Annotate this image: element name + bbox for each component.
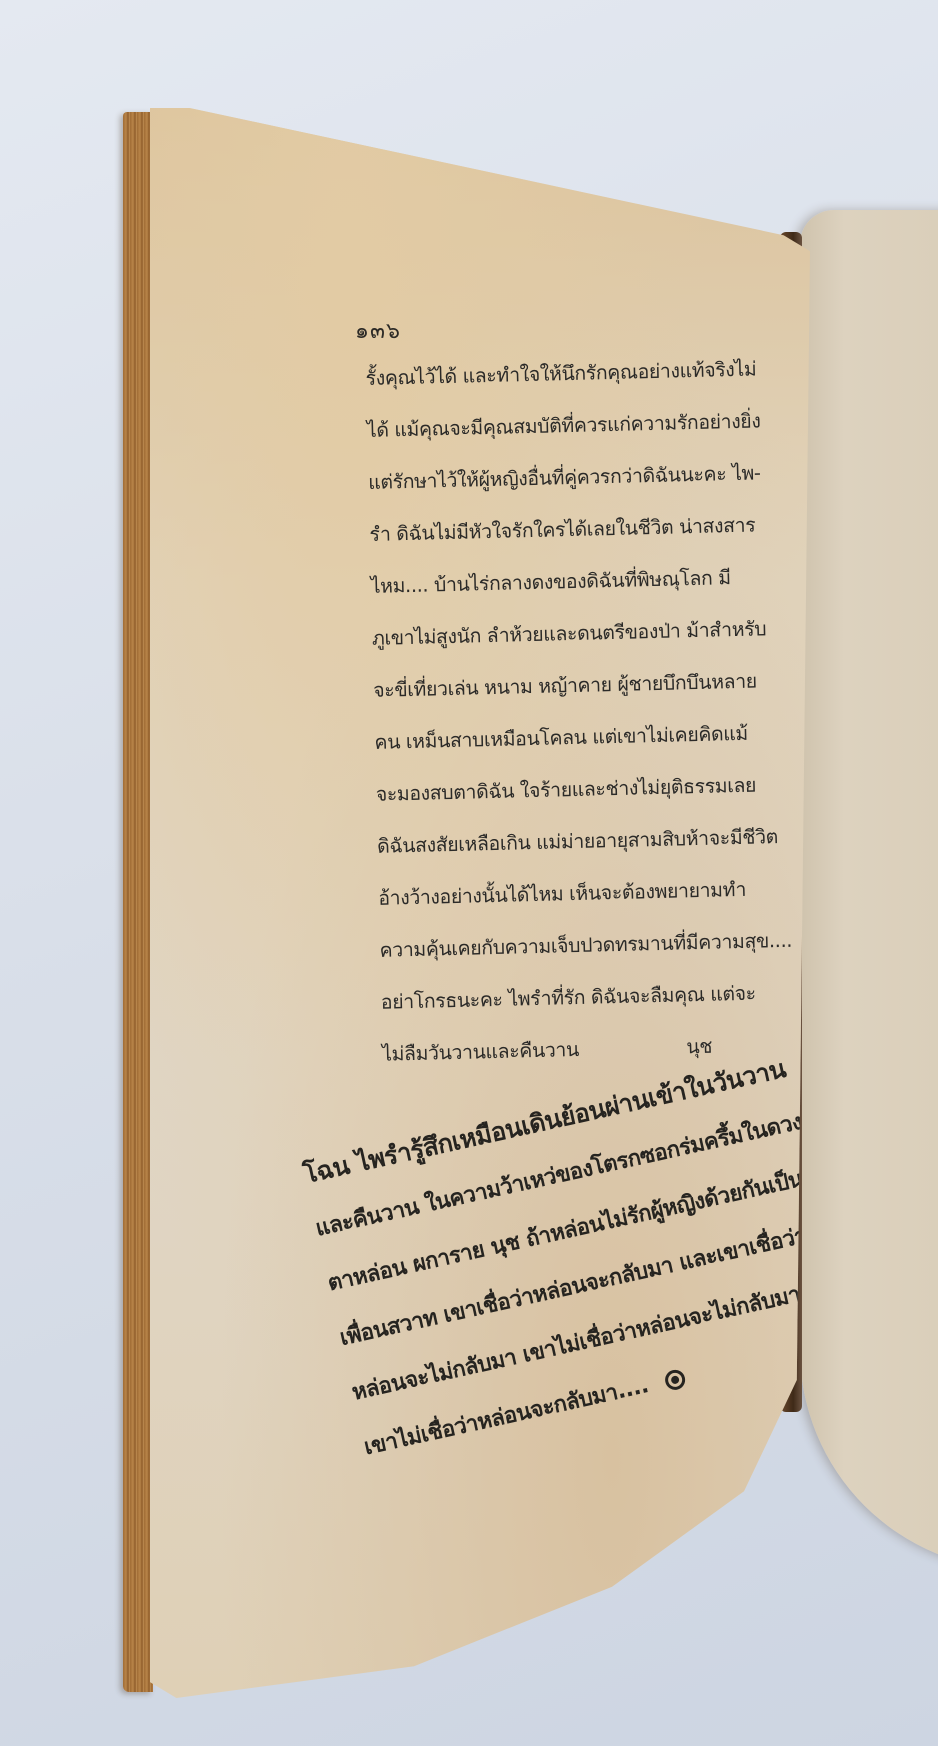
last-line: ไม่ลืมวันวานและคืนวาน bbox=[382, 1024, 580, 1081]
text-line: ดิฉันสงสัยเหลือเกิน แม่ม่ายอายุสามสิบห้า… bbox=[376, 810, 817, 873]
book-page: ๑๓๖ รั้งคุณไว้ได้ และทำใจให้นึกรักคุณอย่… bbox=[150, 108, 810, 1698]
end-mark-icon bbox=[663, 1368, 687, 1392]
text-line: จะขี่เที่ยวเล่น หนาม หญ้าคาย ผู้ชายบึกบึ… bbox=[373, 654, 814, 717]
text-line: รำ ดิฉันไม่มีหัวใจรักใครได้เลยในชีวิต น่… bbox=[369, 498, 810, 561]
letter-text: รั้งคุณไว้ได้ และทำใจให้นึกรักคุณอย่างแท… bbox=[365, 342, 823, 1081]
closing-paragraph: โฉน ไพรำรู้สึกเหมือนเดินย้อนผ่านเข้าในวั… bbox=[298, 1040, 859, 1476]
page-number: ๑๓๖ bbox=[355, 313, 401, 348]
text-line: อย่าโกรธนะคะ ไพรำที่รัก ดิฉันจะลืมคุณ แต… bbox=[380, 966, 821, 1029]
facing-page bbox=[800, 210, 938, 1570]
page-block-edge bbox=[123, 112, 153, 1692]
